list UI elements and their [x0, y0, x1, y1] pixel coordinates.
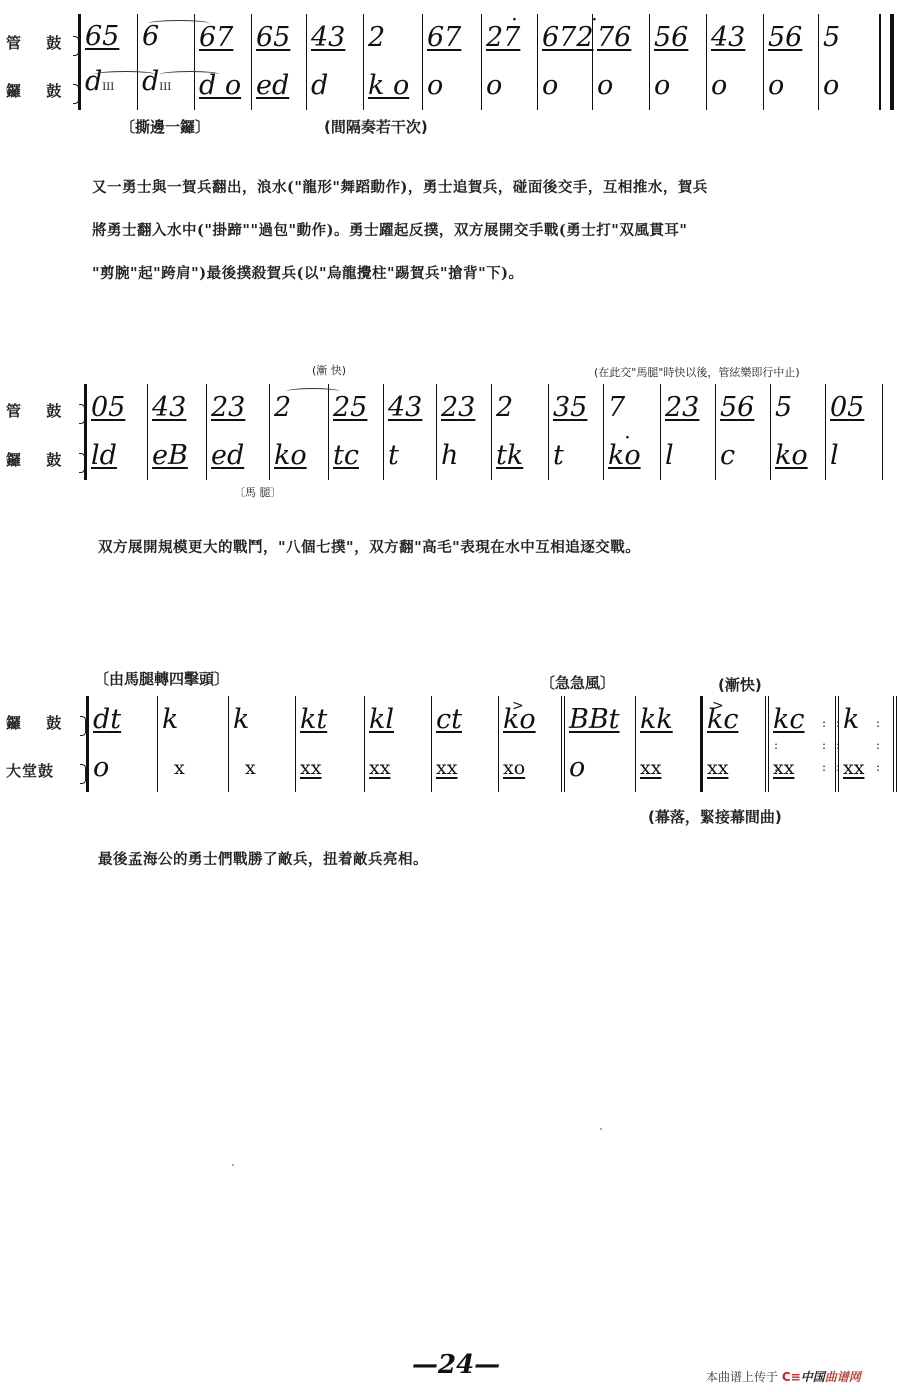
note-top: 67 — [427, 23, 477, 53]
note-top: 05 — [830, 393, 878, 423]
measure: 2 k o — [364, 14, 423, 110]
note-top: 05 — [91, 393, 143, 423]
note-top: 2 — [496, 393, 544, 423]
accent-mark-icon: > — [712, 698, 724, 714]
note-bottom: tk — [496, 441, 544, 471]
note-top: kl — [369, 705, 427, 735]
note-bottom: eB — [152, 441, 202, 471]
note-top: 25 — [333, 393, 379, 423]
measure: 43 o — [707, 14, 764, 110]
paper-speck — [600, 1128, 602, 1130]
note-bottom: o — [823, 71, 853, 101]
site-logo-icon: C≡ — [782, 1370, 801, 1384]
watermark-prefix: 本曲谱上传于 — [706, 1370, 778, 1384]
note-bottom: xx — [707, 753, 761, 783]
staff-2: 05 ld 43 eB 23 ed 2 ko 25 tc 43 t 23 h 2 — [84, 384, 883, 480]
prose-line: "剪腕"起"跨肩")最後撲殺賀兵(以"烏龍攪柱"踢賀兵"搶背"下)。 — [92, 262, 524, 283]
note-top: 35 — [553, 393, 599, 423]
row-label-guangu: 管 鼓 — [6, 400, 71, 421]
row-label-guangu: 管 鼓 — [6, 32, 71, 53]
note-top: BBt — [569, 705, 631, 735]
note-bottom: xx — [369, 753, 427, 783]
measure: ko xo — [499, 696, 565, 792]
measure: 7 ko — [604, 384, 661, 480]
annotation-transition: 〔由馬腿轉四擊頭〕 — [94, 668, 229, 689]
note-top: 43 — [152, 393, 202, 423]
note-bottom: o — [542, 71, 588, 101]
note-top: 56 — [654, 23, 702, 53]
note-top: 23 — [665, 393, 711, 423]
note-bottom: o — [597, 71, 645, 101]
note-top: 56 — [768, 23, 814, 53]
measure: BBt o — [565, 696, 636, 792]
note-bottom: k o — [368, 71, 418, 101]
watermark[interactable]: 本曲谱上传于 C≡中国曲谱网 — [706, 1368, 861, 1385]
page-number: —24— — [412, 1350, 500, 1380]
note-top: ct — [436, 705, 494, 735]
note-bottom: tc — [333, 441, 379, 471]
note-bottom: xo — [503, 753, 557, 783]
octave-dot-icon: · — [512, 12, 517, 28]
repeat-dots-icon: ::: — [774, 712, 778, 778]
note-top: 2 — [274, 393, 324, 423]
measure: 67 o — [423, 14, 482, 110]
note-bottom: l — [665, 441, 711, 471]
octave-dot-icon: · — [592, 12, 597, 28]
annotation-matui: 〔馬 腿〕 — [234, 484, 282, 500]
measure: 43 t — [384, 384, 437, 480]
measure: ct xx — [432, 696, 499, 792]
note-top: 67 — [199, 23, 247, 53]
measure-repeat: kc xx — [769, 696, 839, 792]
measure: 43 d — [307, 14, 364, 110]
note-bottom: ed — [256, 71, 302, 101]
row-label-luogu: 鑼 鼓 — [6, 712, 71, 733]
annotation-interval: (間隔奏若干次) — [324, 116, 428, 137]
note-top: k — [843, 705, 889, 735]
measure: k x — [229, 696, 296, 792]
note-bottom: x — [162, 753, 224, 783]
note-bottom: ko — [274, 441, 324, 471]
measure: 5 o — [819, 14, 857, 110]
measure: 65 dIII — [81, 14, 138, 110]
note-bottom: xx — [300, 753, 360, 783]
note-bottom: o — [93, 753, 153, 783]
note-top: 65 — [85, 22, 133, 52]
note-top: 672 — [542, 23, 588, 53]
octave-dot-below-icon: · — [625, 430, 630, 446]
row-label-datanggu: 大堂鼓 — [6, 760, 54, 781]
note-bottom: l — [830, 441, 878, 471]
note-bottom: d — [311, 71, 359, 101]
measure: kk xx — [636, 696, 703, 792]
note-top: 2 — [368, 23, 418, 53]
note-bottom: o — [569, 753, 631, 783]
note-top: kk — [640, 705, 696, 735]
measure: 56 c — [716, 384, 771, 480]
measure: 2 ko — [270, 384, 329, 480]
measure-repeat: k xx — [839, 696, 897, 792]
paragraph-3: 最後孟海公的勇士們戰勝了敵兵，扭着敵兵亮相。 — [98, 848, 428, 869]
note-top: 5 — [775, 393, 821, 423]
prose-line: 將勇士翻入水中("掛蹄""過包"動作)。勇士躍起反撲，双方展開交手戰(勇士打"双… — [92, 219, 687, 240]
note-bottom: o — [711, 71, 759, 101]
note-bottom: xx — [843, 753, 889, 783]
repeat-dots-icon: ::: — [876, 712, 880, 778]
repeat-dots-icon: ::: — [836, 712, 840, 778]
measure: 23 h — [437, 384, 492, 480]
note-top: 43 — [711, 23, 759, 53]
note-bottom: ld — [91, 441, 143, 471]
row-label-luogu: 鑼 鼓 — [6, 449, 71, 470]
measure: 65 ed — [252, 14, 307, 110]
row-label-luogu: 鑼 鼓 — [6, 80, 71, 101]
note-top: 56 — [720, 393, 766, 423]
note-bottom: ed — [211, 441, 265, 471]
measure: 6 dIII — [138, 14, 195, 110]
measure: 67 d o — [195, 14, 252, 110]
measure: kl xx — [365, 696, 432, 792]
measure: 23 ed — [207, 384, 270, 480]
note-bottom: o — [768, 71, 814, 101]
staff-1: 65 dIII 6 dIII 67 d o 65 ed 43 d 2 k o 6… — [78, 14, 894, 110]
paper-speck — [232, 1164, 234, 1166]
measure: 25 tc — [329, 384, 384, 480]
note-bottom: xx — [436, 753, 494, 783]
slur-icon — [148, 20, 210, 27]
performance-note: (在此交"馬腿"時快以後，管絃樂即行中止) — [594, 364, 800, 380]
repeat-dots-icon: ::: — [822, 712, 826, 778]
measure: 5 ko — [771, 384, 826, 480]
note-bottom: c — [720, 441, 766, 471]
note-bottom: t — [553, 441, 599, 471]
tempo-note: (漸 快) — [312, 362, 346, 378]
measure: k x — [158, 696, 229, 792]
annotation-curtain: (幕落，緊接幕間曲) — [648, 806, 782, 827]
annotation-sibian: 〔撕邊一鑼〕 — [120, 116, 210, 137]
note-top: kt — [300, 705, 360, 735]
measure: 76 o — [593, 14, 650, 110]
slur-icon — [160, 71, 220, 78]
measure: 35 t — [549, 384, 604, 480]
measure: 43 eB — [148, 384, 207, 480]
note-top: 7 — [608, 393, 656, 423]
note-bottom: o — [654, 71, 702, 101]
annotation-jijifeng: 〔急急風〕 — [540, 672, 615, 693]
final-barline — [879, 14, 894, 110]
note-top: 27 — [486, 23, 533, 53]
measure: 05 ld — [87, 384, 148, 480]
note-bottom: ko — [775, 441, 821, 471]
paragraph-2: 双方展開規模更大的戰鬥，"八個七撲"，双方翻"高毛"表現在水中互相追逐交戰。 — [98, 536, 640, 557]
note-bottom: t — [388, 441, 432, 471]
note-top: dt — [93, 705, 153, 735]
accent-mark-icon: > — [512, 698, 524, 714]
watermark-site-b: 曲谱网 — [825, 1370, 861, 1384]
note-bottom: o — [427, 71, 477, 101]
slur-icon — [94, 71, 156, 78]
note-top: k — [162, 705, 224, 735]
measure: 27 o — [482, 14, 538, 110]
note-top: 65 — [256, 23, 302, 53]
note-top: k — [233, 705, 291, 735]
note-bottom: ko — [608, 441, 656, 471]
note-bottom: xx — [640, 753, 696, 783]
annotation-jiankuai: (漸快) — [718, 674, 762, 695]
note-top: 43 — [311, 23, 359, 53]
slur-icon — [286, 388, 340, 395]
measure: 56 o — [650, 14, 707, 110]
measure: 23 l — [661, 384, 716, 480]
note-top: 23 — [211, 393, 265, 423]
note-top: 5 — [823, 23, 853, 53]
prose-line: 又一勇士與一賀兵翻出，浪水("龍形"舞蹈動作)，勇士追賀兵，碰面後交手，互相推水… — [92, 176, 708, 197]
note-bottom: o — [486, 71, 533, 101]
note-bottom: x — [233, 753, 291, 783]
note-top: 76 — [597, 23, 645, 53]
measure: kt xx — [296, 696, 365, 792]
note-top: 43 — [388, 393, 432, 423]
measure: 672 o — [538, 14, 593, 110]
watermark-site-a: 中国 — [801, 1370, 825, 1384]
note-bottom: h — [441, 441, 487, 471]
note-top: 23 — [441, 393, 487, 423]
measure: 56 o — [764, 14, 819, 110]
measure: 2 tk — [492, 384, 549, 480]
measure: 05 l — [826, 384, 883, 480]
measure: dt o — [89, 696, 158, 792]
